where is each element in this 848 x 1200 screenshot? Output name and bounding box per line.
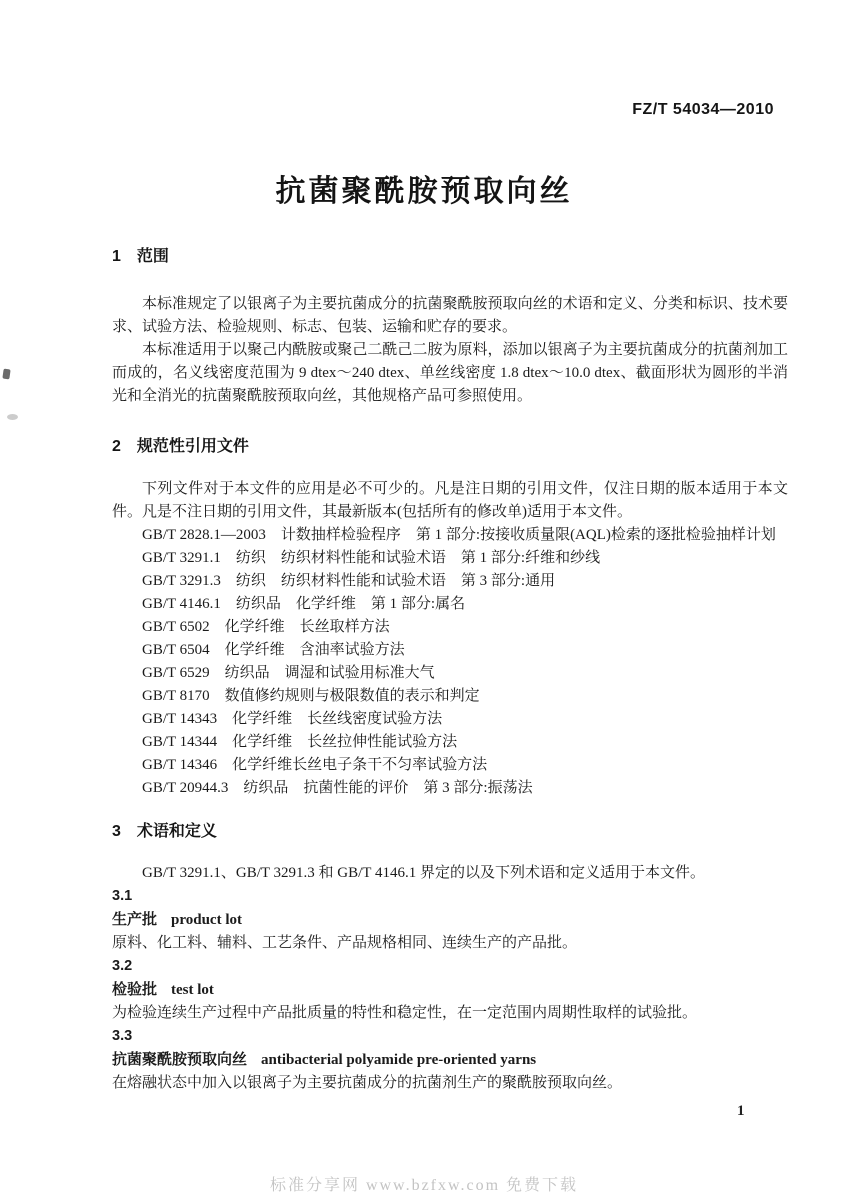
section-2-heading: 2 规范性引用文件 <box>112 435 788 458</box>
scan-artifact <box>7 414 18 420</box>
reference-item: GB/T 8170 数值修约规则与极限数值的表示和判定 <box>112 685 788 708</box>
term-definition: 在熔融状态中加入以银离子为主要抗菌成分的抗菌剂生产的聚酰胺预取向丝。 <box>112 1072 788 1095</box>
reference-item: GB/T 2828.1—2003 计数抽样检验程序 第 1 部分:按接收质量限(… <box>112 524 788 547</box>
term-entry: 3.2 检验批test lot 为检验连续生产过程中产品批质量的特性和稳定性，在… <box>112 955 788 1025</box>
term-name-zh: 抗菌聚酰胺预取向丝 <box>112 1051 247 1068</box>
paragraph: GB/T 3291.1、GB/T 3291.3 和 GB/T 4146.1 界定… <box>112 862 788 885</box>
term-number: 3.3 <box>112 1025 788 1048</box>
term-name-en: antibacterial polyamide pre-oriented yar… <box>261 1052 536 1068</box>
paragraph: 本标准规定了以银离子为主要抗菌成分的抗菌聚酰胺预取向丝的术语和定义、分类和标识、… <box>112 293 788 339</box>
term-entry: 3.3 抗菌聚酰胺预取向丝antibacterial polyamide pre… <box>112 1025 788 1095</box>
reference-item: GB/T 14344 化学纤维 长丝拉伸性能试验方法 <box>112 731 788 754</box>
term-name-zh: 检验批 <box>112 981 157 998</box>
page-number: 1 <box>737 1103 745 1120</box>
reference-item: GB/T 6504 化学纤维 含油率试验方法 <box>112 639 788 662</box>
term-name-en: test lot <box>171 982 214 998</box>
reference-item: GB/T 14346 化学纤维长丝电子条干不匀率试验方法 <box>112 754 788 777</box>
reference-item: GB/T 3291.1 纺织 纺织材料性能和试验术语 第 1 部分:纤维和纱线 <box>112 547 788 570</box>
term-entry: 3.1 生产批product lot 原料、化工料、辅料、工艺条件、产品规格相同… <box>112 885 788 955</box>
term-name: 抗菌聚酰胺预取向丝antibacterial polyamide pre-ori… <box>112 1048 788 1072</box>
page-title: 抗菌聚酰胺预取向丝 <box>0 166 848 210</box>
scan-artifact <box>2 369 10 380</box>
reference-item: GB/T 14343 化学纤维 长丝线密度试验方法 <box>112 708 788 731</box>
document-page: FZ/T 54034—2010 抗菌聚酰胺预取向丝 1 范围 本标准规定了以银离… <box>0 0 848 1200</box>
reference-item: GB/T 6502 化学纤维 长丝取样方法 <box>112 616 788 639</box>
doc-code: FZ/T 54034—2010 <box>632 101 774 119</box>
reference-item: GB/T 20944.3 纺织品 抗菌性能的评价 第 3 部分:振荡法 <box>112 777 788 800</box>
term-name: 生产批product lot <box>112 908 788 932</box>
paragraph: 下列文件对于本文件的应用是必不可少的。凡是注日期的引用文件，仅注日期的版本适用于… <box>112 478 788 524</box>
term-name-zh: 生产批 <box>112 911 157 928</box>
reference-item: GB/T 6529 纺织品 调湿和试验用标准大气 <box>112 662 788 685</box>
term-definition: 为检验连续生产过程中产品批质量的特性和稳定性，在一定范围内周期性取样的试验批。 <box>112 1002 788 1025</box>
reference-item: GB/T 3291.3 纺织 纺织材料性能和试验术语 第 3 部分:通用 <box>112 570 788 593</box>
term-number: 3.2 <box>112 955 788 978</box>
paragraph: 本标准适用于以聚己内酰胺或聚己二酰己二胺为原料，添加以银离子为主要抗菌成分的抗菌… <box>112 339 788 408</box>
term-name-en: product lot <box>171 912 242 928</box>
term-definition: 原料、化工料、辅料、工艺条件、产品规格相同、连续生产的产品批。 <box>112 932 788 955</box>
term-name: 检验批test lot <box>112 978 788 1002</box>
section-1-heading: 1 范围 <box>112 245 788 268</box>
section-3-heading: 3 术语和定义 <box>112 820 788 843</box>
document-content: 1 范围 本标准规定了以银离子为主要抗菌成分的抗菌聚酰胺预取向丝的术语和定义、分… <box>112 245 788 1095</box>
reference-item: GB/T 4146.1 纺织品 化学纤维 第 1 部分:属名 <box>112 593 788 616</box>
term-number: 3.1 <box>112 885 788 908</box>
watermark: 标准分享网 www.bzfxw.com 免费下载 <box>0 1172 848 1195</box>
